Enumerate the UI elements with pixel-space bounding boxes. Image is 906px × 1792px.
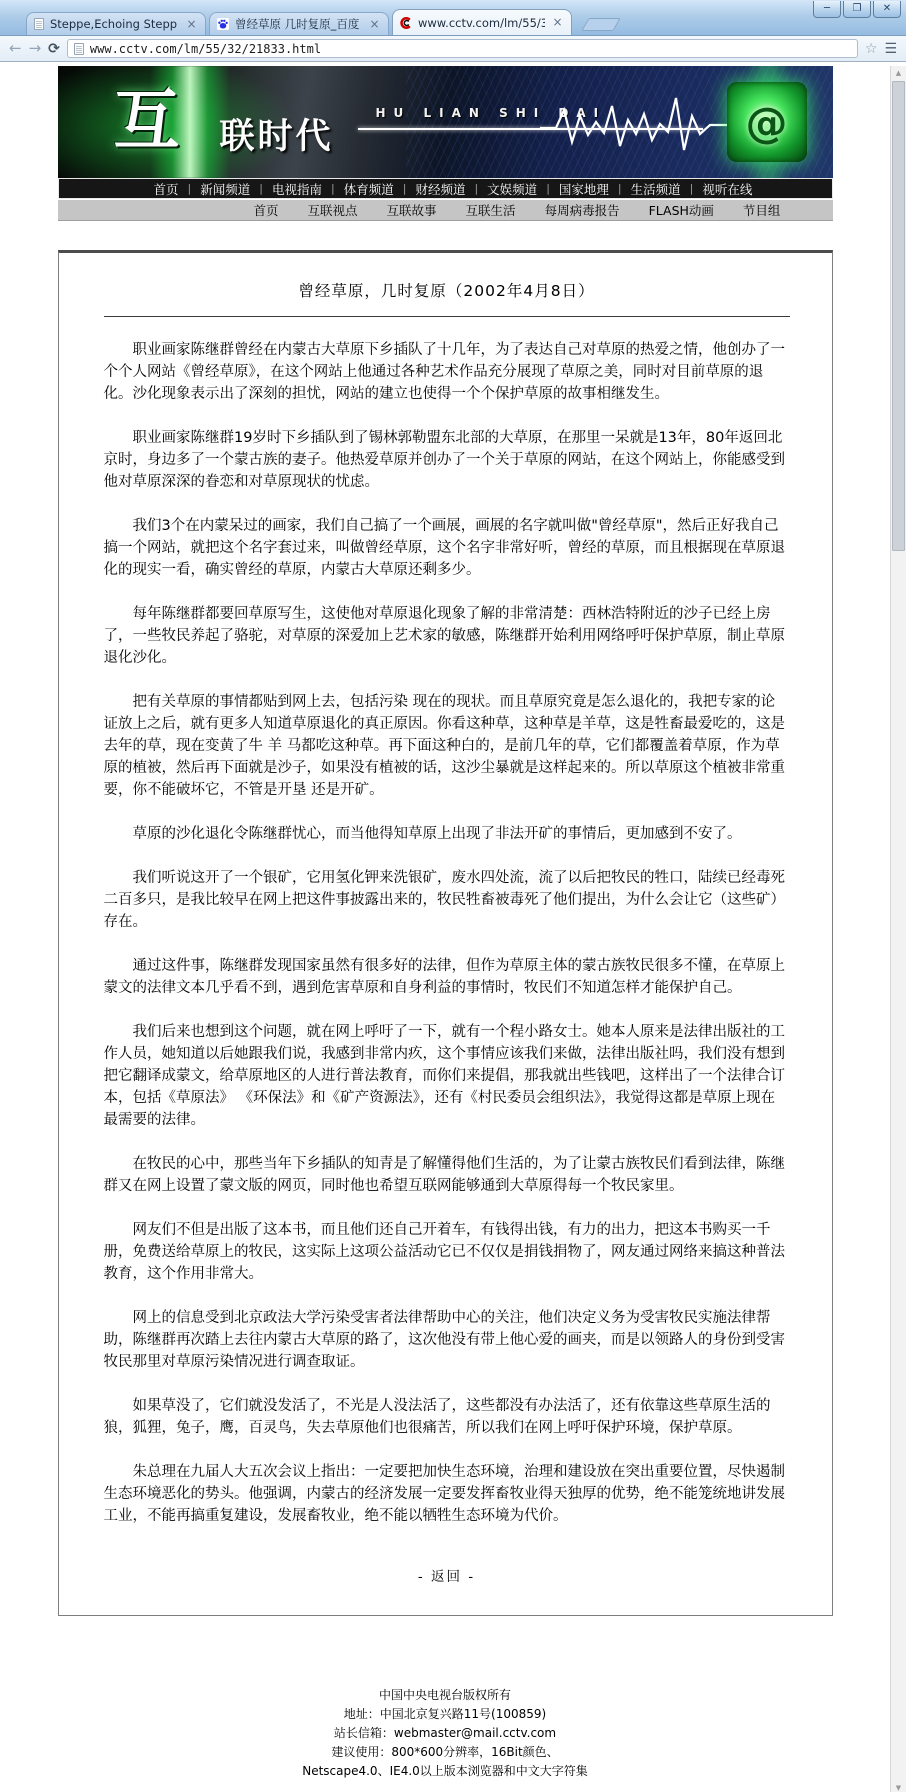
article-paragraph: 每年陈继群都要回草原写生，这使他对草原退化现象了解的非常清楚：西林浩特附近的沙子…	[104, 603, 790, 669]
nav-separator: |	[331, 182, 335, 195]
at-symbol-icon: @	[727, 82, 807, 162]
article-box: 曾经草原，几时复原（2002年4月8日） 职业画家陈继群曾经在内蒙古大草原下乡插…	[58, 250, 833, 1616]
article-paragraph: 网友们不但是出版了这本书，而且他们还自己开着车，有钱得出钱，有力的出力，把这本书…	[104, 1219, 790, 1285]
nav-item[interactable]: 生活频道	[631, 180, 681, 198]
article-paragraph: 在牧民的心中，那些当年下乡插队的知青是了解懂得他们生活的，为了让蒙古族牧民们看到…	[104, 1153, 790, 1197]
close-tab-icon[interactable]: ×	[185, 18, 198, 31]
nav-item[interactable]: 电视指南	[272, 180, 322, 198]
footer-line: 中国中央电视台版权所有	[0, 1686, 890, 1705]
banner-brand-chinese: 联时代	[220, 120, 334, 155]
article-paragraph: 通过这件事，陈继群发现国家虽然有很多好的法律，但作为草原主体的蒙古族牧民很多不懂…	[104, 955, 790, 999]
bookmark-star-icon[interactable]: ☆	[865, 41, 878, 57]
article-title: 曾经草原，几时复原（2002年4月8日）	[104, 279, 790, 301]
tab-strip: Steppe,Echoing Stepp × 曾经草原 几时复原_百度 ×	[26, 7, 617, 35]
article-paragraph: 职业画家陈继群19岁时下乡插队到了锡林郭勒盟东北部的大草原，在那里一呆就是13年…	[104, 427, 790, 493]
nav-separator: |	[259, 182, 263, 195]
browser-toolbar: ← → ⟳ www.cctv.com/lm/55/32/21833.html ☆…	[0, 36, 906, 62]
nav-item[interactable]: 新闻频道	[200, 180, 250, 198]
article-body: 职业画家陈继群曾经在内蒙古大草原下乡插队了十几年，为了表达自己对草原的热爱之情，…	[104, 339, 790, 1527]
nav-item[interactable]: 财经频道	[415, 180, 465, 198]
article-paragraph: 我们后来也想到这个问题，就在网上呼吁了一下，就有一个程小路女士。她本人原来是法律…	[104, 1021, 790, 1131]
nav-item[interactable]: 节目组	[743, 201, 781, 219]
article-paragraph: 把有关草原的事情都贴到网上去，包括污染 现在的现状。而且草原究竟是怎么退化的，我…	[104, 691, 790, 801]
vertical-scrollbar[interactable]: ▲ ▼	[890, 66, 906, 1792]
url-bar[interactable]: www.cctv.com/lm/55/32/21833.html	[67, 39, 858, 58]
hulianshidai-banner: 互 联时代 HU LIAN SHI DAI @	[58, 66, 833, 178]
minimize-button[interactable]: ─	[813, 1, 841, 18]
nav-separator: |	[403, 182, 407, 195]
secondary-nav: 首页互联视点互联故事互联生活每周病毒报告FLASH动画节目组	[58, 200, 833, 221]
banner-hu-character: 互	[114, 88, 180, 154]
tab-steppe[interactable]: Steppe,Echoing Stepp ×	[26, 12, 206, 35]
nav-separator: |	[188, 182, 192, 195]
page-area: 互 联时代 HU LIAN SHI DAI @ 首页|新闻频道|电视指南|体育频…	[0, 66, 906, 1792]
nav-item[interactable]: 首页	[254, 201, 279, 219]
title-divider	[104, 316, 790, 317]
article-paragraph: 网上的信息受到北京政法大学污染受害者法律帮助中心的关注，他们决定义务为受害牧民实…	[104, 1307, 790, 1373]
cctv-logo-icon	[400, 17, 412, 29]
page-icon	[74, 43, 84, 55]
tab-title: Steppe,Echoing Stepp	[50, 17, 179, 31]
tab-title: www.cctv.com/lm/55/3	[418, 16, 545, 30]
nav-separator: |	[690, 182, 694, 195]
article-paragraph: 职业画家陈继群曾经在内蒙古大草原下乡插队了十几年，为了表达自己对草原的热爱之情，…	[104, 339, 790, 405]
footer-line: 站长信箱：webmaster@mail.cctv.com	[0, 1724, 890, 1743]
close-tab-icon[interactable]: ×	[551, 16, 564, 29]
footer-line: Netscape4.0、IE4.0以上版本浏览器和中文大字符集	[0, 1762, 890, 1781]
scroll-down-icon[interactable]: ▼	[891, 1781, 906, 1792]
baidu-paw-icon	[217, 18, 229, 30]
scrollbar-thumb[interactable]	[892, 81, 905, 551]
close-tab-icon[interactable]: ×	[368, 18, 381, 31]
tab-baidu-search[interactable]: 曾经草原 几时复原_百度 ×	[209, 12, 389, 35]
new-tab-button[interactable]	[581, 18, 621, 31]
ecg-waveform-icon	[540, 88, 745, 164]
article-paragraph: 朱总理在九届人大五次会议上指出：一定要把加快生态环境，治理和建设放在突出重要位置…	[104, 1461, 790, 1527]
tab-title: 曾经草原 几时复原_百度	[235, 16, 362, 32]
forward-icon[interactable]: →	[29, 41, 42, 56]
article-paragraph: 我们听说这开了一个银矿，它用氢化钾来洗银矿，废水四处流，流了以后把牧民的牲口，陆…	[104, 867, 790, 933]
back-link[interactable]: - 返回 -	[104, 1565, 790, 1585]
footer-line: 地址：中国北京复兴路11号(100859)	[0, 1705, 890, 1724]
nav-separator: |	[546, 182, 550, 195]
scroll-up-icon[interactable]: ▲	[891, 66, 906, 80]
primary-nav: 首页|新闻频道|电视指南|体育频道|财经频道|文娱频道|国家地理|生活频道|视听…	[58, 178, 833, 199]
nav-separator: |	[474, 182, 478, 195]
menu-icon[interactable]: ☰	[884, 41, 897, 57]
nav-item[interactable]: 体育频道	[344, 180, 394, 198]
reload-icon[interactable]: ⟳	[48, 42, 60, 56]
document-icon	[34, 18, 44, 30]
nav-item[interactable]: 互联故事	[387, 201, 437, 219]
nav-item[interactable]: 互联视点	[308, 201, 358, 219]
nav-item[interactable]: FLASH动画	[649, 201, 714, 219]
at-glyph: @	[746, 98, 788, 147]
close-button[interactable]: ✕	[873, 1, 901, 18]
title-bar: ─ ❐ ✕ Steppe,Echoing Stepp × 曾经草原 几时复原_百	[0, 0, 906, 36]
article-paragraph: 我们3个在内蒙呆过的画家，我们自己搞了一个画展，画展的名字就叫做"曾经草原"，然…	[104, 515, 790, 581]
footer-line: 建议使用：800*600分辨率，16Bit颜色、	[0, 1743, 890, 1762]
url-text[interactable]: www.cctv.com/lm/55/32/21833.html	[90, 42, 321, 56]
browser-window: ─ ❐ ✕ Steppe,Echoing Stepp × 曾经草原 几时复原_百	[0, 0, 906, 1792]
maximize-button[interactable]: ❐	[843, 1, 871, 18]
page-footer: 中国中央电视台版权所有地址：中国北京复兴路11号(100859)站长信箱：web…	[0, 1686, 890, 1781]
back-icon[interactable]: ←	[9, 41, 22, 56]
page-viewport: 互 联时代 HU LIAN SHI DAI @ 首页|新闻频道|电视指南|体育频…	[0, 66, 890, 1781]
nav-item[interactable]: 文娱频道	[487, 180, 537, 198]
window-controls: ─ ❐ ✕	[813, 1, 901, 18]
nav-item[interactable]: 首页	[154, 180, 179, 198]
nav-item[interactable]: 每周病毒报告	[545, 201, 620, 219]
nav-separator: |	[618, 182, 622, 195]
article-paragraph: 如果草没了，它们就没发活了，不光是人没法活了，这些都没有办法活了，还有依靠这些草…	[104, 1395, 790, 1439]
nav-item[interactable]: 国家地理	[559, 180, 609, 198]
tab-cctv-active[interactable]: www.cctv.com/lm/55/3 ×	[392, 9, 572, 35]
article-paragraph: 草原的沙化退化令陈继群忧心，而当他得知草原上出现了非法开矿的事情后，更加感到不安…	[104, 823, 790, 845]
nav-item[interactable]: 互联生活	[466, 201, 516, 219]
nav-item[interactable]: 视听在线	[702, 180, 752, 198]
